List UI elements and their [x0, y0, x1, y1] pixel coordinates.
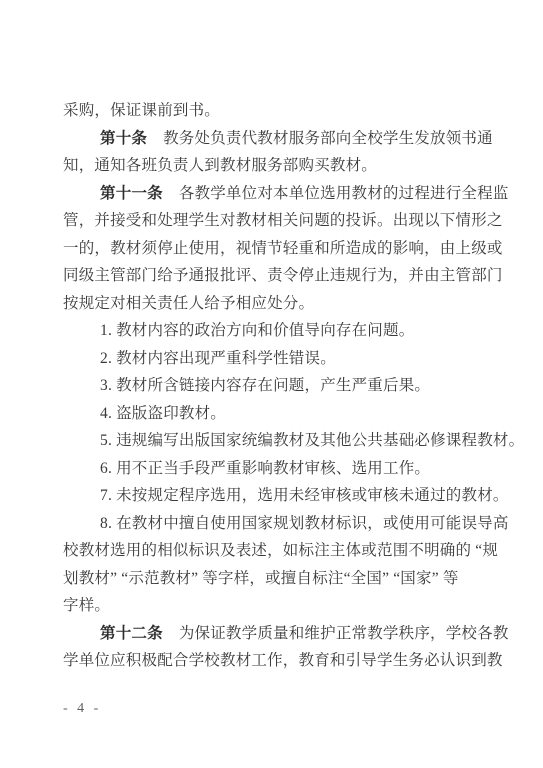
page-number: - 4 -	[63, 701, 101, 717]
line-text: 6. 用不正当手段严重影响教材审核、选用工作。	[100, 460, 430, 477]
text-line: 7. 未按规定程序选用，选用未经审核或审核未通过的教材。	[63, 482, 499, 510]
text-line: 4. 盗版盗印教材。	[63, 400, 499, 428]
text-line: 1. 教材内容的政治方向和价值导向存在问题。	[63, 317, 499, 345]
document-body: 采购，保证课前到书。第十条教务处负责代教材服务部向全校学生发放领书通知，通知各班…	[63, 97, 499, 675]
text-line: 8. 在教材中擅自使用国家规划教材标识，或使用可能误导高	[63, 510, 499, 538]
line-text: 7. 未按规定程序选用，选用未经审核或审核未通过的教材。	[100, 487, 509, 504]
line-text: 各教学单位对本单位选用教材的过程进行全程监	[179, 185, 509, 202]
line-text: 字样。	[63, 597, 110, 614]
text-line: 3. 教材所含链接内容存在问题，产生严重后果。	[63, 372, 499, 400]
text-line: 5. 违规编写出版国家统编教材及其他公共基础必修课程教材。	[63, 427, 499, 455]
line-text: 3. 教材所含链接内容存在问题，产生严重后果。	[100, 377, 430, 394]
text-line: 学单位应积极配合学校教材工作，教育和引导学生务必认识到教	[63, 647, 499, 675]
line-text: 4. 盗版盗印教材。	[100, 405, 226, 422]
line-text: 8. 在教材中擅自使用国家规划教材标识，或使用可能误导高	[100, 515, 509, 532]
text-line: 第十一条各教学单位对本单位选用教材的过程进行全程监	[63, 180, 499, 208]
text-line: 字样。	[63, 592, 499, 620]
article-label: 第十条	[100, 130, 147, 147]
line-text: 管，并接受和处理学生对教材相关问题的投诉。出现以下情形之	[63, 212, 503, 229]
line-text: 同级主管部门给予通报批评、责令停止违规行为，并由主管部门	[63, 267, 503, 284]
text-line: 第十二条为保证教学质量和维护正常教学秩序，学校各教	[63, 620, 499, 648]
article-label: 第十二条	[100, 625, 163, 642]
line-text: 教务处负责代教材服务部向全校学生发放领书通	[163, 130, 493, 147]
line-text: 校教材选用的相似标识及表述，如标注主体或范围不明确的 “规	[63, 542, 498, 559]
text-line: 按规定对相关责任人给予相应处分。	[63, 290, 499, 318]
document-page: 采购，保证课前到书。第十条教务处负责代教材服务部向全校学生发放领书通知，通知各班…	[0, 0, 543, 768]
line-text: 按规定对相关责任人给予相应处分。	[63, 295, 314, 312]
line-text: 划教材” “示范教材” 等字样，或擅自标注“全国” “国家” 等	[63, 570, 459, 587]
text-line: 6. 用不正当手段严重影响教材审核、选用工作。	[63, 455, 499, 483]
line-text: 知，通知各班负责人到教材服务部购买教材。	[63, 157, 377, 174]
text-line: 2. 教材内容出现严重科学性错误。	[63, 345, 499, 373]
text-line: 校教材选用的相似标识及表述，如标注主体或范围不明确的 “规	[63, 537, 499, 565]
article-label: 第十一条	[100, 185, 163, 202]
text-line: 第十条教务处负责代教材服务部向全校学生发放领书通	[63, 125, 499, 153]
text-line: 采购，保证课前到书。	[63, 97, 499, 125]
text-line: 一的，教材须停止使用，视情节轻重和所造成的影响，由上级或	[63, 235, 499, 263]
line-text: 采购，保证课前到书。	[63, 102, 220, 119]
line-text: 5. 违规编写出版国家统编教材及其他公共基础必修课程教材。	[100, 432, 524, 449]
line-text: 1. 教材内容的政治方向和价值导向存在问题。	[100, 322, 414, 339]
text-line: 划教材” “示范教材” 等字样，或擅自标注“全国” “国家” 等	[63, 565, 499, 593]
line-text: 为保证教学质量和维护正常教学秩序，学校各教	[179, 625, 509, 642]
line-text: 2. 教材内容出现严重科学性错误。	[100, 350, 336, 367]
text-line: 同级主管部门给予通报批评、责令停止违规行为，并由主管部门	[63, 262, 499, 290]
line-text: 一的，教材须停止使用，视情节轻重和所造成的影响，由上级或	[63, 240, 503, 257]
text-line: 知，通知各班负责人到教材服务部购买教材。	[63, 152, 499, 180]
text-line: 管，并接受和处理学生对教材相关问题的投诉。出现以下情形之	[63, 207, 499, 235]
line-text: 学单位应积极配合学校教材工作，教育和引导学生务必认识到教	[63, 652, 503, 669]
